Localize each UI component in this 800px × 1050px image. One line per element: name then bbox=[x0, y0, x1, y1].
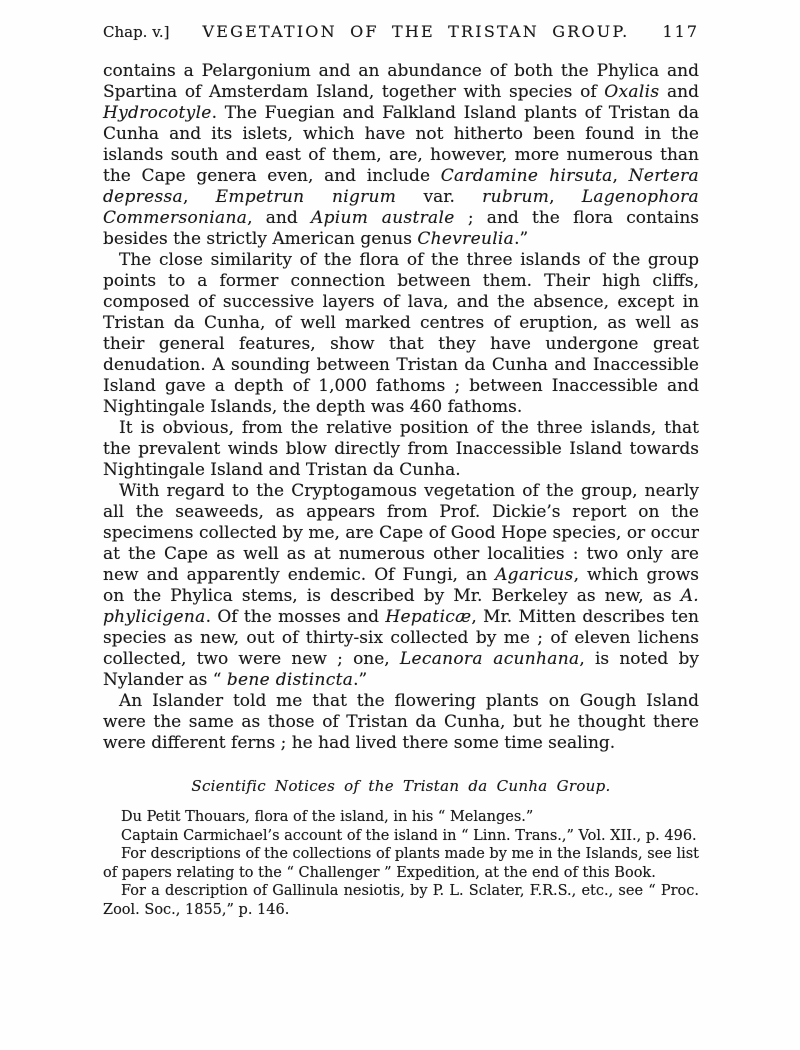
italic-text-segment: Hydrocotyle bbox=[103, 103, 212, 123]
text-segment: and bbox=[659, 82, 699, 102]
paragraph: For descriptions of the collections of p… bbox=[103, 845, 699, 882]
running-title: VEGETATION OF THE TRISTAN GROUP. bbox=[170, 22, 663, 41]
paragraph: With regard to the Cryptogamous vegetati… bbox=[103, 481, 699, 691]
paragraph: An Islander told me that the flowering p… bbox=[103, 691, 699, 754]
book-page: Chap. v.] VEGETATION OF THE TRISTAN GROU… bbox=[0, 0, 800, 1050]
italic-text-segment: Apium australe bbox=[311, 208, 455, 228]
page-content: Chap. v.] VEGETATION OF THE TRISTAN GROU… bbox=[103, 22, 699, 919]
italic-text-segment: Cardamine hirsuta bbox=[441, 166, 613, 186]
page-number: 117 bbox=[662, 22, 699, 41]
italic-text-segment: bene distincta bbox=[227, 670, 353, 690]
paragraph: Captain Carmichael’s account of the isla… bbox=[103, 827, 699, 846]
text-segment: An Islander told me that the flowering p… bbox=[103, 691, 699, 753]
text-segment: .” bbox=[514, 229, 528, 249]
text-segment: The close similarity of the flora of the… bbox=[103, 250, 699, 417]
italic-text-segment: Lecanora acunhana bbox=[400, 649, 579, 669]
chapter-label: Chap. v.] bbox=[103, 23, 170, 41]
text-segment: For descriptions of the collections of p… bbox=[103, 846, 699, 881]
text-segment: Du Petit Thouars, flora of the island, i… bbox=[121, 809, 533, 825]
paragraph: The close similarity of the flora of the… bbox=[103, 250, 699, 418]
text-segment: var. bbox=[396, 187, 482, 207]
paragraph: contains a Pelargonium and an abundance … bbox=[103, 61, 699, 250]
text-segment: Captain Carmichael’s account of the isla… bbox=[121, 828, 697, 844]
text-segment: , and bbox=[247, 208, 311, 228]
text-segment: .” bbox=[353, 670, 367, 690]
text-segment: . Of the mosses and bbox=[206, 607, 386, 627]
footnotes: Du Petit Thouars, flora of the island, i… bbox=[103, 808, 699, 919]
italic-text-segment: rubrum bbox=[482, 187, 549, 207]
italic-text-segment: Hepaticæ bbox=[385, 607, 471, 627]
section-heading: Scientific Notices of the Tristan da Cun… bbox=[103, 777, 699, 795]
italic-text-segment: Empetrun nigrum bbox=[216, 187, 397, 207]
text-segment: , bbox=[549, 187, 582, 207]
italic-text-segment: Oxalis bbox=[604, 82, 659, 102]
page-header: Chap. v.] VEGETATION OF THE TRISTAN GROU… bbox=[103, 22, 699, 41]
paragraph: For a description of Gallinula nesiotis,… bbox=[103, 882, 699, 919]
text-segment: For a description of Gallinula nesiotis,… bbox=[103, 883, 699, 918]
body-text: contains a Pelargonium and an abundance … bbox=[103, 61, 699, 754]
paragraph: It is obvious, from the relative positio… bbox=[103, 418, 699, 481]
italic-text-segment: Chevreulia bbox=[417, 229, 514, 249]
italic-text-segment: Agaricus bbox=[495, 565, 573, 585]
paragraph: Du Petit Thouars, flora of the island, i… bbox=[103, 808, 699, 827]
text-segment: , bbox=[613, 166, 629, 186]
text-segment: It is obvious, from the relative positio… bbox=[103, 418, 699, 480]
text-segment: , bbox=[183, 187, 216, 207]
